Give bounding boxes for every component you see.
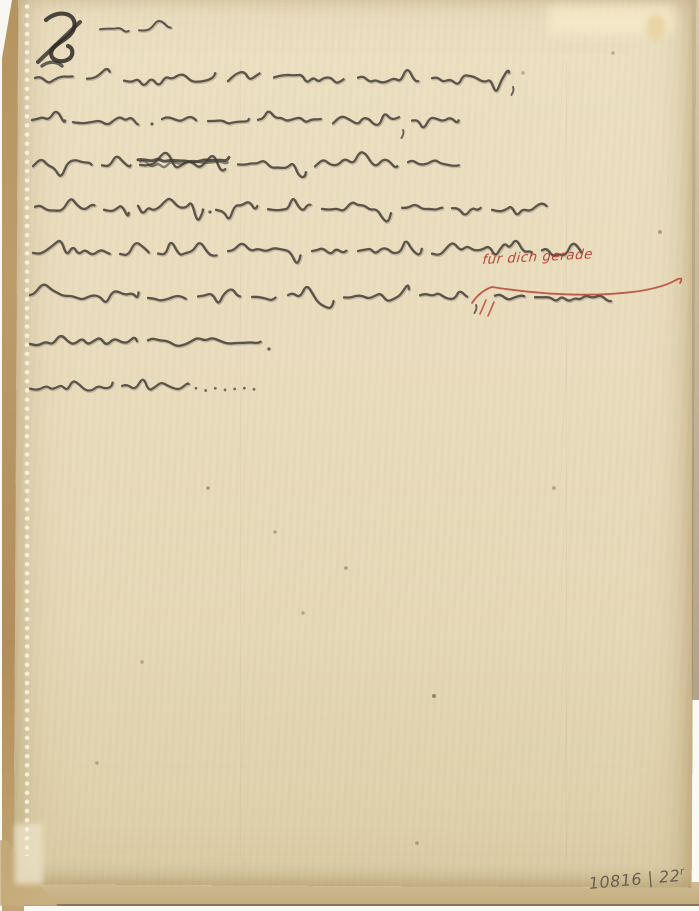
handwriting-line-7 (30, 336, 271, 350)
handwriting-line-6 (30, 285, 612, 313)
handwriting-line-0 (100, 21, 172, 33)
red-insertion-caret (480, 300, 494, 316)
initial-mark (38, 14, 80, 66)
folio-superscript: r (680, 866, 686, 877)
handwriting-line-2 (32, 112, 459, 138)
handwriting-line-3 (33, 152, 460, 178)
handwriting-line-8 (30, 380, 255, 392)
handwriting-layer (0, 0, 699, 911)
handwriting-line-1 (35, 69, 514, 95)
handwriting-line-4 (35, 199, 547, 222)
